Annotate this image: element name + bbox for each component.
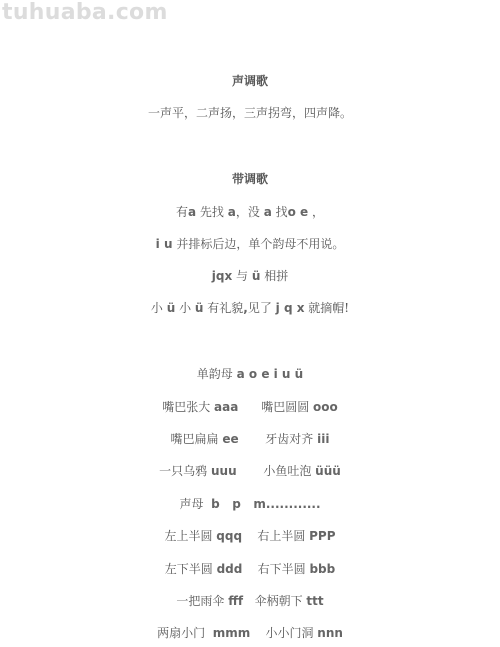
text: 小 xyxy=(175,301,195,315)
pinyin: b p m............ xyxy=(211,497,320,511)
pinyin: aaa xyxy=(214,400,238,414)
text: 单韵母 xyxy=(197,367,237,381)
text: 右上半圆 xyxy=(242,529,309,543)
text: 有礼貌 xyxy=(203,301,243,315)
vowel-line-3: 嘴巴扁扁 ee 牙齿对齐 iii xyxy=(0,430,500,447)
pinyin: qqq xyxy=(216,529,242,543)
pinyin: uuu xyxy=(211,464,237,478)
text: 与 xyxy=(232,269,252,283)
pinyin: üüü xyxy=(315,464,341,478)
tone-mark-line-4: 小 ü 小 ü 有礼貌,见了 j q x 就摘帽! xyxy=(0,299,500,316)
pinyin: a xyxy=(188,205,196,219)
text: 左上半圆 xyxy=(164,529,216,543)
section-title-tone-song: 声调歌 xyxy=(0,72,500,89)
tone-mark-line-2: i u 并排标后边，单个韵母不用说。 xyxy=(0,235,500,252)
vowel-line-4: 一只乌鸦 uuu 小鱼吐泡 üüü xyxy=(0,462,500,479)
text: 有 xyxy=(176,205,188,219)
pinyin: i u xyxy=(156,237,173,251)
initials-line-3: 左下半圆 ddd 右下半圆 bbb xyxy=(0,560,500,577)
pinyin: ttt xyxy=(306,594,323,608)
pinyin: bbb xyxy=(309,562,335,576)
text: 小 xyxy=(151,301,167,315)
text: 嘴巴圆圆 xyxy=(238,400,313,414)
watermark: tuhuaba.com xyxy=(2,0,168,25)
text: 小小门洞 xyxy=(250,626,317,640)
text: 一只乌鸦 xyxy=(159,464,211,478)
pinyin: ooo xyxy=(313,400,338,414)
text: 右下半圆 xyxy=(242,562,309,576)
tone-mark-line-3: jqx 与 ü 相拼 xyxy=(0,267,500,284)
pinyin: jqx xyxy=(212,269,232,283)
text: 嘴巴扁扁 xyxy=(171,432,223,446)
pinyin: ü xyxy=(167,301,176,315)
text: 相拼 xyxy=(260,269,288,283)
text: ， xyxy=(308,205,324,219)
pinyin: a xyxy=(228,205,236,219)
pinyin: a xyxy=(264,205,272,219)
text: 声母 xyxy=(179,497,211,511)
pinyin: ddd xyxy=(217,562,243,576)
text: 牙齿对齐 xyxy=(239,432,318,446)
text: 就摘帽! xyxy=(304,301,349,315)
tone-mark-line-1: 有a 先找 a，没 a 找o e ， xyxy=(0,203,500,220)
text: 找 xyxy=(272,205,288,219)
text: 小鱼吐泡 xyxy=(237,464,316,478)
text: 一把雨伞 xyxy=(176,594,228,608)
initials-line-5: 两扇小门 mmm 小小门洞 nnn xyxy=(0,624,500,641)
pinyin: j q x xyxy=(276,301,305,315)
text: 伞柄朝下 xyxy=(243,594,306,608)
text: 两扇小门 xyxy=(157,626,213,640)
text: 先找 xyxy=(196,205,228,219)
tone-song-line: 一声平，二声扬，三声拐弯，四声降。 xyxy=(0,104,500,121)
vowel-line-2: 嘴巴张大 aaa 嘴巴圆圆 ooo xyxy=(0,398,500,415)
pinyin: nnn xyxy=(317,626,343,640)
text: ，没 xyxy=(236,205,264,219)
pinyin: iii xyxy=(317,432,329,446)
pinyin: o e xyxy=(288,205,309,219)
pinyin: ee xyxy=(222,432,238,446)
section-title-tone-mark-song: 带调歌 xyxy=(0,170,500,187)
initials-line-2: 左上半圆 qqq 右上半圆 PPP xyxy=(0,527,500,544)
text: 见了 xyxy=(248,301,276,315)
text: 左下半圆 xyxy=(165,562,217,576)
vowel-line-1: 单韵母 a o e i u ü xyxy=(0,365,500,382)
pinyin: fff xyxy=(228,594,243,608)
initials-line: 声母 b p m............ xyxy=(0,495,500,512)
pinyin: a o e i u ü xyxy=(237,367,304,381)
text: 并排标后边，单个韵母不用说。 xyxy=(173,237,345,251)
initials-line-4: 一把雨伞 fff 伞柄朝下 ttt xyxy=(0,592,500,609)
text: 嘴巴张大 xyxy=(162,400,214,414)
pinyin: PPP xyxy=(309,529,335,543)
pinyin: mmm xyxy=(213,626,251,640)
